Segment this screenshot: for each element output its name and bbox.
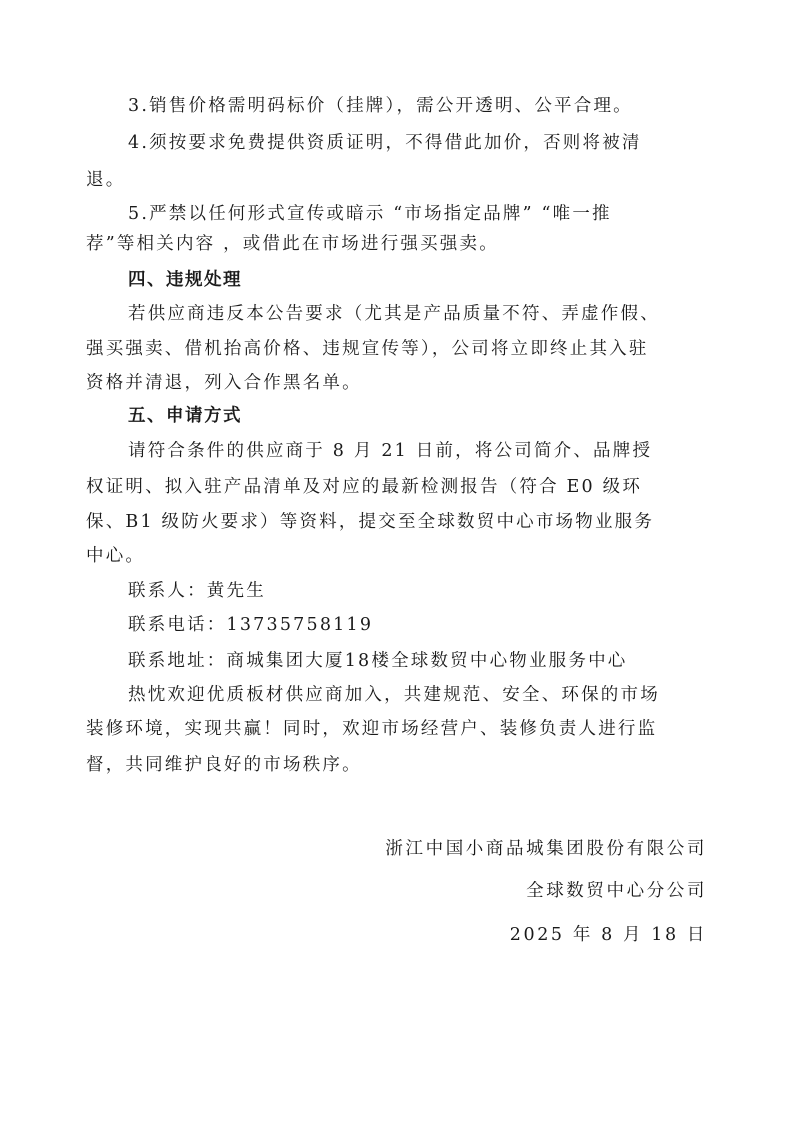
signature-date: 2025 年 8 月 18 日 bbox=[510, 924, 707, 946]
section-4-line-2: 强买强卖、借机抬高价格、违规宣传等），公司将立即终止其入驻 bbox=[86, 338, 649, 360]
item-4-line-1: 4.须按要求免费提供资质证明，不得借此加价，否则将被清 bbox=[128, 132, 642, 154]
item-4-line-2: 退。 bbox=[86, 169, 125, 191]
closing-line-3: 督，共同维护良好的市场秩序。 bbox=[86, 754, 362, 776]
section-4-heading: 四、违规处理 bbox=[128, 269, 242, 291]
section-5-line-4: 中心。 bbox=[86, 545, 145, 567]
item-5-line-1: 5.严禁以任何形式宣传或暗示 “市场指定品牌” “唯一推 bbox=[128, 203, 612, 225]
item-5-line-2: 荐”等相关内容 ，或借此在市场进行强买强卖。 bbox=[86, 233, 499, 255]
contact-phone: 联系电话：13735758119 bbox=[128, 614, 373, 636]
section-5-line-1: 请符合条件的供应商于 8 月 21 日前，将公司简介、品牌授 bbox=[128, 440, 652, 462]
document-page: 3.销售价格需明码标价（挂牌），需公开透明、公平合理。 4.须按要求免费提供资质… bbox=[0, 0, 793, 1122]
contact-address: 联系地址：商城集团大厦18楼全球数贸中心物业服务中心 bbox=[128, 650, 627, 672]
item-3-line-1: 3.销售价格需明码标价（挂牌），需公开透明、公平合理。 bbox=[128, 95, 633, 117]
section-5-line-2: 权证明、拟入驻产品清单及对应的最新检测报告（符合 E0 级环 bbox=[86, 476, 642, 498]
signature-company: 浙江中国小商品城集团股份有限公司 bbox=[385, 838, 707, 860]
closing-line-2: 装修环境，实现共赢！同时，欢迎市场经营户、装修负责人进行监 bbox=[86, 718, 657, 740]
contact-person: 联系人：黄先生 bbox=[128, 580, 266, 602]
signature-branch: 全球数贸中心分公司 bbox=[526, 880, 707, 902]
section-4-line-3: 资格并清退，列入合作黑名单。 bbox=[86, 372, 362, 394]
section-4-line-1: 若供应商违反本公告要求（尤其是产品质量不符、弄虚作假、 bbox=[128, 303, 660, 325]
section-5-line-3: 保、B1 级防火要求）等资料，提交至全球数贸中心市场物业服务 bbox=[86, 511, 654, 533]
section-5-heading: 五、申请方式 bbox=[128, 405, 242, 427]
closing-line-1: 热忱欢迎优质板材供应商加入，共建规范、安全、环保的市场 bbox=[128, 684, 660, 706]
